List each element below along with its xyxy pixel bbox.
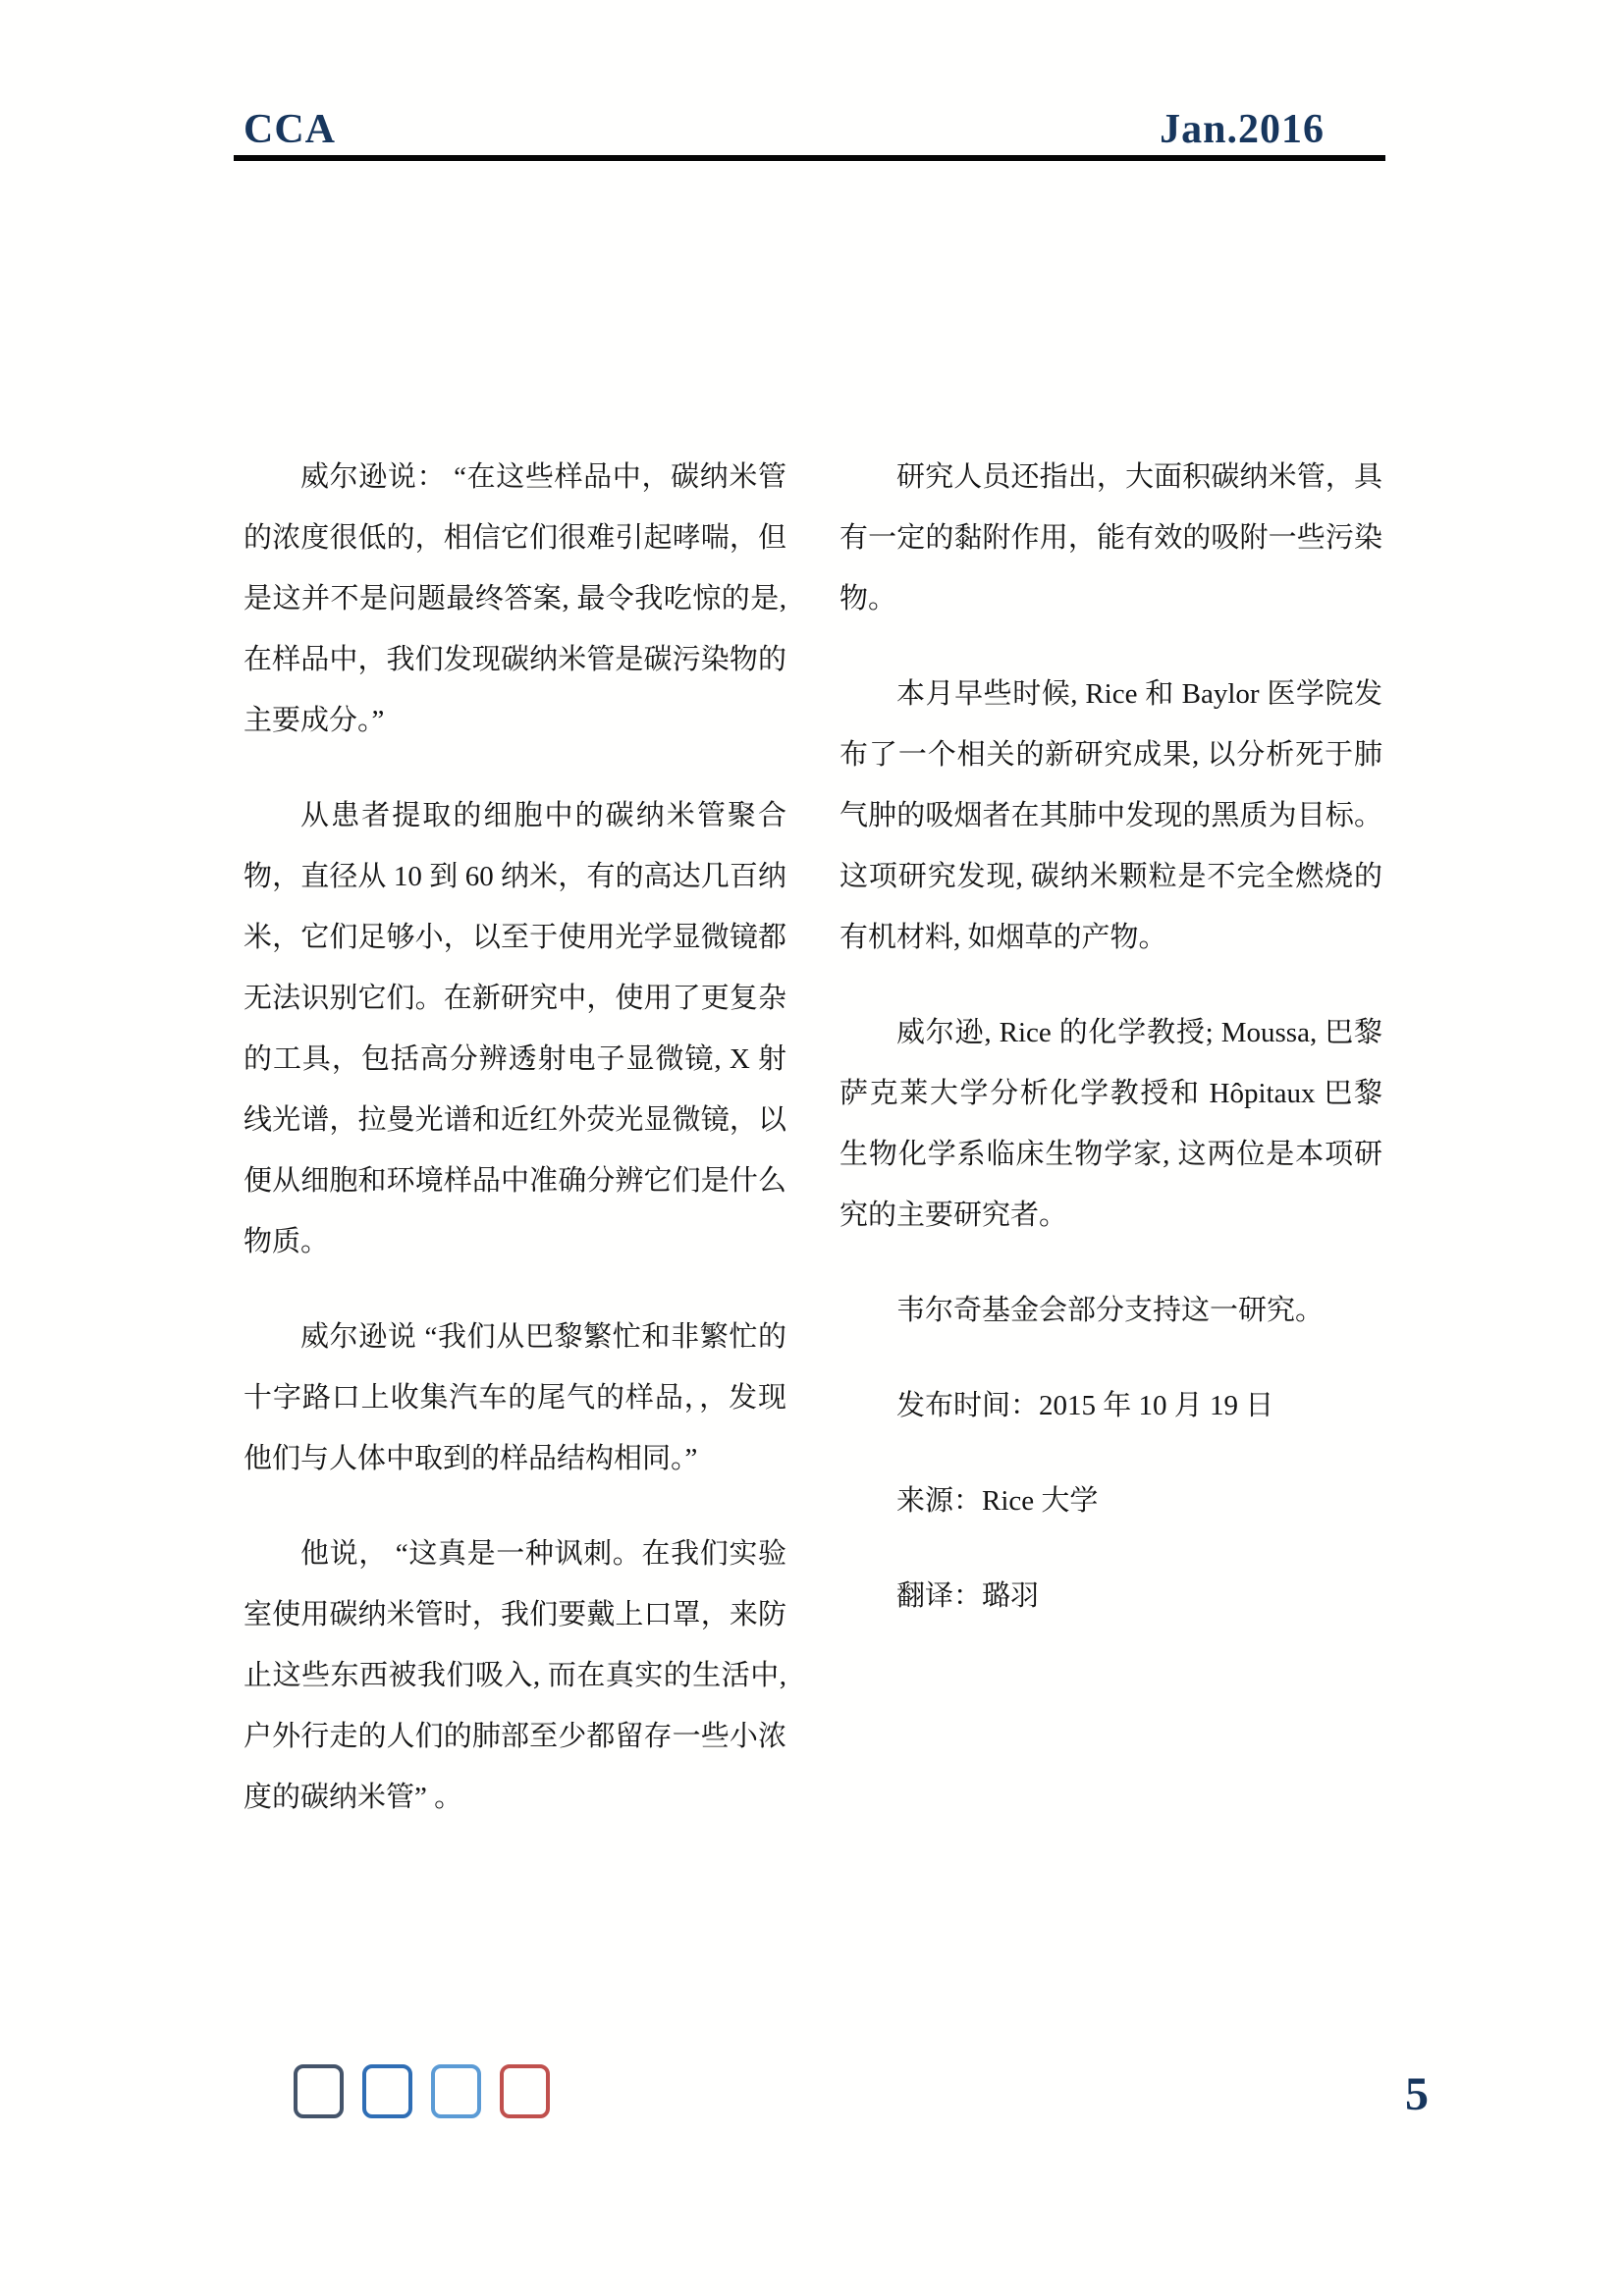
paragraph-paris-samples: 威尔逊说 “我们从巴黎繁忙和非繁忙的十字路口上收集汽车的尾气的样品，，发现他们与…	[244, 1307, 786, 1489]
left-column: 威尔逊说： “在这些样品中，碳纳米管的浓度很低的，相信它们很难引起哮喘，但是这并…	[244, 447, 786, 1862]
header-publication-abbr: CCA	[244, 106, 336, 153]
paragraph-irony-quote: 他说， “这真是一种讽刺。在我们实验室使用碳纳米管时，我们要戴上口罩，来防止这些…	[244, 1523, 786, 1828]
paragraph-translator: 翻译：璐羽	[839, 1566, 1382, 1627]
decorative-square-light-blue	[431, 2064, 481, 2118]
paragraph-nanotube-size: 从患者提取的细胞中的碳纳米管聚合物，直径从 10 到 60 纳米，有的高达几百纳…	[244, 785, 786, 1272]
paragraph-source: 来源：Rice 大学	[839, 1470, 1382, 1531]
decorative-square-red	[500, 2064, 550, 2118]
decorative-square-medium-blue	[362, 2064, 412, 2118]
paragraph-wilson-quote: 威尔逊说： “在这些样品中，碳纳米管的浓度很低的，相信它们很难引起哮喘，但是这并…	[244, 447, 786, 751]
page-header: CCA Jan.2016	[244, 102, 1385, 153]
paragraph-researchers: 威尔逊, Rice 的化学教授; Moussa, 巴黎萨克莱大学分析化学教授和 …	[839, 1002, 1382, 1246]
header-rule	[234, 155, 1385, 161]
right-column: 研究人员还指出，大面积碳纳米管，具有一定的黏附作用，能有效的吸附一些污染物。 本…	[839, 447, 1382, 1661]
paragraph-welch-foundation: 韦尔奇基金会部分支持这一研究。	[839, 1280, 1382, 1341]
document-page: CCA Jan.2016 威尔逊说： “在这些样品中，碳纳米管的浓度很低的，相信…	[0, 0, 1624, 2296]
page-number: 5	[1382, 2067, 1451, 2121]
paragraph-publish-date: 发布时间：2015 年 10 月 19 日	[839, 1375, 1382, 1436]
header-date: Jan.2016	[1160, 106, 1325, 153]
footer-decoration-squares	[294, 2064, 550, 2118]
decorative-square-dark-slate	[294, 2064, 344, 2118]
paragraph-adhesion: 研究人员还指出，大面积碳纳米管，具有一定的黏附作用，能有效的吸附一些污染物。	[839, 447, 1382, 629]
paragraph-rice-baylor-study: 本月早些时候, Rice 和 Baylor 医学院发布了一个相关的新研究成果, …	[839, 664, 1382, 968]
